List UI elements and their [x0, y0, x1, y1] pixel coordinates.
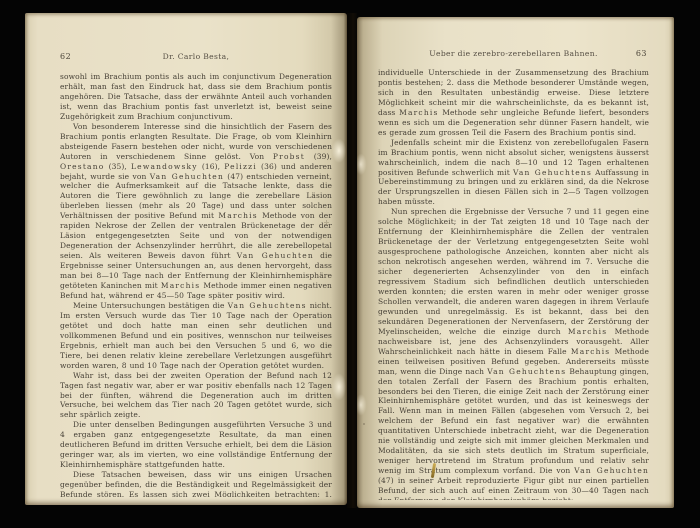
text-segment: Behauptung gingen, den totalen Zerfall d… [378, 367, 649, 476]
paragraph: Meine Untersuchungen bestätigen die Van … [60, 301, 332, 371]
right-page-number: 63 [636, 49, 647, 58]
letterspaced-name: Marchis [571, 347, 610, 356]
left-text-block: sowohl im Brachium pontis als auch im co… [60, 72, 332, 497]
text-segment: (39), [305, 152, 332, 161]
paragraph: Nun sprechen die Ergebnisse der Versuche… [378, 207, 649, 500]
letterspaced-name: Van Gehuchten [574, 466, 649, 475]
paragraph: Diese Tatsachen beweisen, dass wir uns e… [60, 470, 332, 497]
left-running-head: 62 Dr. Carlo Besta, [60, 52, 332, 61]
letterspaced-name: Probst [273, 152, 305, 161]
right-running-head: Ueber die zerebro-zerebellaren Bahnen. 6… [378, 49, 649, 58]
text-segment: (35), [104, 162, 131, 171]
left-page-number: 62 [60, 52, 71, 61]
letterspaced-name: Van Gehuchtens [228, 301, 307, 310]
book-gutter-shadow [347, 13, 357, 508]
letterspaced-name: Van Gehuchtens [487, 367, 566, 376]
paragraph: Wahr ist, dass bei der zweiten Operation… [60, 371, 332, 421]
letterspaced-name: Pelizzi [224, 162, 257, 171]
text-segment: Meine Untersuchungen bestätigen die [73, 301, 228, 310]
text-segment: (47) in seiner Arbeit reproduzierte Figu… [378, 476, 649, 500]
text-segment: nicht. Im ersten Versuch wurde das Tier … [60, 301, 332, 370]
left-running-header-title: Dr. Carlo Besta, [163, 52, 230, 61]
letterspaced-name: Orestano [60, 162, 104, 171]
letterspaced-name: Van Gehuchten [237, 251, 314, 260]
right-running-header-title: Ueber die zerebro-zerebellaren Bahnen. [429, 49, 598, 58]
letterspaced-name: Marchis [568, 327, 607, 336]
text-segment: Diese Tatsachen beweisen, dass wir uns e… [60, 470, 332, 497]
left-page: 62 Dr. Carlo Besta, sowohl im Brachium p… [25, 13, 347, 505]
paragraph: Von besonderem Interesse sind die hinsic… [60, 122, 332, 301]
paper-speck [363, 423, 365, 425]
letterspaced-name: Marchis [218, 211, 257, 220]
text-segment: Nun sprechen die Ergebnisse der Versuche… [378, 207, 649, 335]
margin-plus-mark [324, 220, 329, 225]
paragraph: Jedenfalls scheint mir die Existenz von … [378, 138, 649, 208]
text-segment: Die unter denselben Bedingungen ausgefüh… [60, 420, 332, 469]
paragraph: individuelle Unterschiede in der Zusamme… [378, 68, 649, 138]
letterspaced-name: Van Gehuchtens [513, 168, 592, 177]
letterspaced-name: Marchis [399, 108, 438, 117]
right-page: Ueber die zerebro-zerebellaren Bahnen. 6… [357, 17, 674, 508]
right-text-block: individuelle Unterschiede in der Zusamme… [378, 68, 649, 500]
text-segment: (16), [198, 162, 225, 171]
paragraph: sowohl im Brachium pontis als auch im co… [60, 72, 332, 122]
book-scan: 62 Dr. Carlo Besta, sowohl im Brachium p… [0, 0, 700, 528]
letterspaced-name: Van Gehuchten [150, 172, 224, 181]
paragraph: Die unter denselben Bedingungen ausgefüh… [60, 420, 332, 470]
letterspaced-name: Marchis [161, 281, 200, 290]
letterspaced-name: Lewandowsky [131, 162, 198, 171]
text-segment: Wahr ist, dass bei der zweiten Operation… [60, 371, 332, 420]
text-segment: sowohl im Brachium pontis als auch im co… [60, 72, 332, 121]
